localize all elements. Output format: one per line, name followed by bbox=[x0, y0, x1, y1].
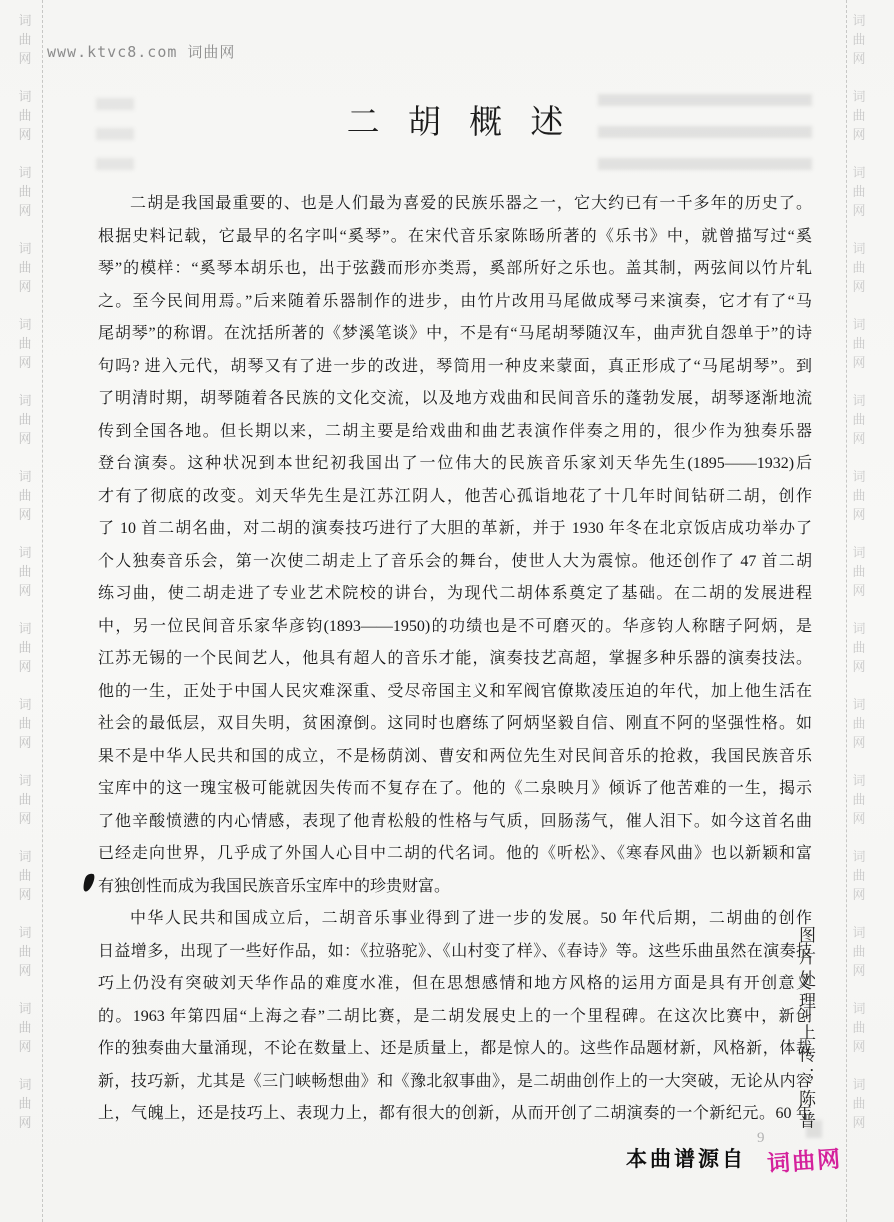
text-line: 才有了彻底的改变。刘天华先生是江苏江阴人，他苦心孤诣地花了十几年时间钻研二胡，创… bbox=[98, 481, 812, 514]
footer-source-label: 本曲谱源自 bbox=[626, 1143, 746, 1173]
text-line: 巧上仍没有突破刘天华作品的难度水准，但在思想感情和地方风格的运用方面是具有开创意… bbox=[98, 968, 812, 1001]
side-watermark-group: 词曲网 bbox=[17, 166, 33, 217]
text-line: 根据史料记载，它最早的名字叫“奚琴”。在宋代音乐家陈旸所著的《乐书》中，就曾描写… bbox=[98, 221, 812, 254]
side-watermark-group: 词曲网 bbox=[851, 166, 867, 217]
text-line: 句吗? 进入元代，胡琴又有了进一步的改进，琴筒用一种皮来蒙面，真正形成了“马尾胡… bbox=[98, 351, 812, 384]
ink-blot-artifact bbox=[81, 872, 95, 893]
side-watermark-group: 词曲网 bbox=[17, 1002, 33, 1053]
text-line: 新，技巧新，尤其是《三门峡畅想曲》和《豫北叙事曲》，是二胡曲创作上的一大突破，无… bbox=[98, 1066, 812, 1099]
text-line: 练习曲，使二胡走进了专业艺术院校的讲台，为现代二胡体系奠定了基础。在二胡的发展进… bbox=[98, 578, 812, 611]
side-watermark-group: 词曲网 bbox=[851, 318, 867, 369]
document-page: { "watermarks": { "top": "www.ktvc8.com … bbox=[0, 0, 894, 1222]
side-watermark-group: 词曲网 bbox=[851, 1078, 867, 1129]
side-watermark-group: 词曲网 bbox=[17, 470, 33, 521]
text-line: 作的独奏曲大量涌现，不论在数量上、还是质量上，都是惊人的。这些作品题材新，风格新… bbox=[98, 1033, 812, 1066]
upload-credit-vertical: 图片处理\上传；陈普 bbox=[793, 926, 818, 1142]
side-watermark-group: 词曲网 bbox=[851, 1002, 867, 1053]
text-line: 上，气魄上，还是技巧上、表现力上，都有很大的创新，从而开创了二胡演奏的一个新纪元… bbox=[98, 1098, 812, 1131]
side-watermark-group: 词曲网 bbox=[851, 470, 867, 521]
side-watermark-group: 词曲网 bbox=[851, 926, 867, 977]
side-watermark-group: 词曲网 bbox=[17, 318, 33, 369]
right-dashed-divider bbox=[846, 0, 847, 1222]
text-line: 尾胡琴”的称谓。在沈括所著的《梦溪笔谈》中，不是有“马尾胡琴随汉车，曲声犹自怨单… bbox=[98, 318, 812, 351]
left-dashed-divider bbox=[42, 0, 43, 1222]
text-line: 已经走向世界，几乎成了外国人心目中二胡的代名词。他的《听松》、《寒春风曲》也以新… bbox=[98, 838, 812, 871]
text-line: 的。1963 年第四届“上海之春”二胡比赛，是二胡发展史上的一个里程碑。在这次比… bbox=[98, 1001, 812, 1034]
text-line: 个人独奏音乐会，第一次使二胡走上了音乐会的舞台，使世人大为震惊。他还创作了 47… bbox=[98, 546, 812, 579]
text-line: 了他辛酸愤懑的内心情感，表现了他青松般的性格与气质，回肠荡气，催人泪下。如今这首… bbox=[98, 806, 812, 839]
text-line: 之。至今民间用焉。”后来随着乐器制作的进步，由竹片改用马尾做成琴弓来演奏，它才有… bbox=[98, 286, 812, 319]
side-watermark-group: 词曲网 bbox=[851, 14, 867, 65]
site-watermark: www.ktvc8.com 词曲网 bbox=[47, 41, 235, 62]
text-line: 中华人民共和国成立后，二胡音乐事业得到了进一步的发展。50 年代后期，二胡曲的创… bbox=[98, 903, 812, 936]
side-watermark-group: 词曲网 bbox=[17, 242, 33, 293]
text-line: 了明清时期，胡琴随着各民族的文化交流，以及地方戏曲和民间音乐的蓬勃发展，胡琴逐渐… bbox=[98, 383, 812, 416]
text-line: 社会的最低层，双目失明，贫困潦倒。这同时也磨练了阿炳坚毅自信、刚直不阿的坚强性格… bbox=[98, 708, 812, 741]
text-line: 传到全国各地。但长期以来，二胡主要是给戏曲和曲艺表演作伴奏之用的，很少作为独奏乐… bbox=[98, 416, 812, 449]
text-line: 登台演奏。这种状况到本世纪初我国出了一位伟大的民族音乐家刘天华先生(1895——… bbox=[98, 448, 812, 481]
text-line: 琴”的模样：“奚琴本胡乐也，出于弦鼗而形亦类焉，奚部所好之乐也。盖其制，两弦间以… bbox=[98, 253, 812, 286]
page-title: 二 胡 概 述 bbox=[98, 96, 812, 143]
article-body: 二胡是我国最重要的、也是人们最为喜爱的民族乐器之一，它大约已有一千多年的历史了。… bbox=[98, 188, 812, 1131]
side-watermark-group: 词曲网 bbox=[17, 698, 33, 749]
side-watermark-group: 词曲网 bbox=[17, 90, 33, 141]
side-watermark-group: 词曲网 bbox=[851, 242, 867, 293]
side-watermark-group: 词曲网 bbox=[851, 90, 867, 141]
text-line: 中，另一位民间音乐家华彦钧(1893——1950)的功绩也是不可磨灭的。华彦钧人… bbox=[98, 611, 812, 644]
text-line: 日益增多，出现了一些好作品，如：《拉骆驼》、《山村变了样》、《春诗》等。这些乐曲… bbox=[98, 936, 812, 969]
side-watermark-group: 词曲网 bbox=[17, 14, 33, 65]
side-watermark-group: 词曲网 bbox=[17, 850, 33, 901]
text-line: 他的一生，正处于中国人民灾难深重、受尽帝国主义和军阀官僚欺凌压迫的年代，加上他生… bbox=[98, 676, 812, 709]
side-watermark-group: 词曲网 bbox=[851, 698, 867, 749]
brand-watermark: 词曲网 bbox=[766, 1140, 843, 1178]
left-margin-watermark: 词曲网词曲网词曲网词曲网词曲网词曲网词曲网词曲网词曲网词曲网词曲网词曲网词曲网词… bbox=[17, 0, 33, 1222]
side-watermark-group: 词曲网 bbox=[851, 850, 867, 901]
side-watermark-group: 词曲网 bbox=[17, 1078, 33, 1129]
side-watermark-group: 词曲网 bbox=[17, 774, 33, 825]
page-number: 9 bbox=[757, 1130, 765, 1147]
right-margin-watermark: 词曲网词曲网词曲网词曲网词曲网词曲网词曲网词曲网词曲网词曲网词曲网词曲网词曲网词… bbox=[851, 0, 867, 1222]
side-watermark-group: 词曲网 bbox=[851, 394, 867, 445]
side-watermark-group: 词曲网 bbox=[17, 622, 33, 673]
text-line: 了 10 首二胡名曲，对二胡的演奏技巧进行了大胆的革新，并于 1930 年冬在北… bbox=[98, 513, 812, 546]
side-watermark-group: 词曲网 bbox=[17, 394, 33, 445]
side-watermark-group: 词曲网 bbox=[17, 926, 33, 977]
text-line: 宝库中的这一瑰宝极可能就因失传而不复存在了。他的《二泉映月》倾诉了他苦难的一生，… bbox=[98, 773, 812, 806]
text-line: 江苏无锡的一个民间艺人，他具有超人的音乐才能，演奏技艺高超，掌握多种乐器的演奏技… bbox=[98, 643, 812, 676]
text-line: 二胡是我国最重要的、也是人们最为喜爱的民族乐器之一，它大约已有一千多年的历史了。 bbox=[98, 188, 812, 221]
text-line: 果不是中华人民共和国的成立，不是杨荫浏、曹安和两位先生对民间音乐的抢救，我国民族… bbox=[98, 741, 812, 774]
side-watermark-group: 词曲网 bbox=[851, 774, 867, 825]
side-watermark-group: 词曲网 bbox=[17, 546, 33, 597]
side-watermark-group: 词曲网 bbox=[851, 622, 867, 673]
side-watermark-group: 词曲网 bbox=[851, 546, 867, 597]
text-line: 有独创性而成为我国民族音乐宝库中的珍贵财富。 bbox=[98, 871, 812, 904]
